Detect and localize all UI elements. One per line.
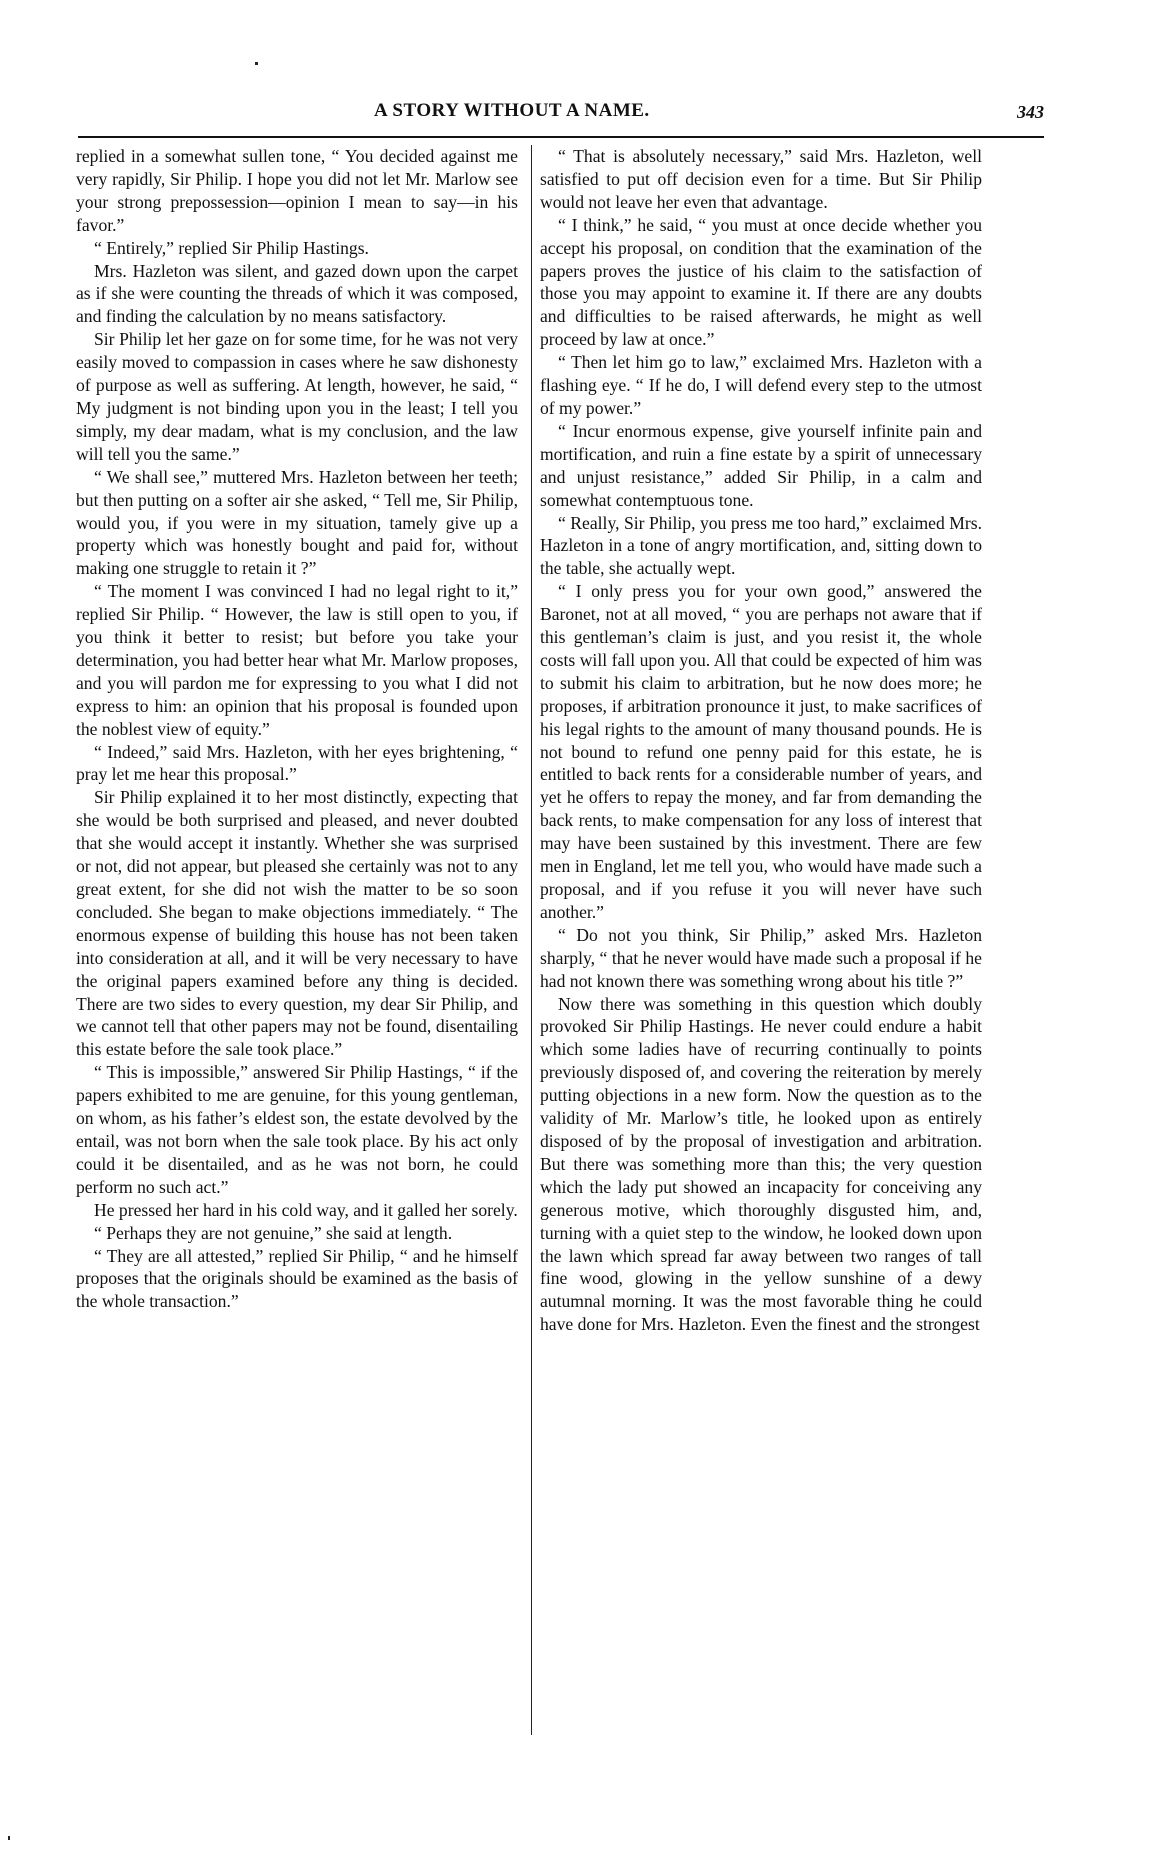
paragraph: “ They are all attested,” replied Sir Ph… [76,1245,518,1314]
paragraph: “ Do not you think, Sir Philip,” asked M… [540,924,982,993]
paragraph: “ Then let him go to law,” exclaimed Mrs… [540,351,982,420]
print-speck [8,1836,10,1840]
paragraph: “ I think,” he said, “ you must at once … [540,214,982,351]
print-speck [255,62,258,65]
page-header: A STORY WITHOUT A NAME. 343 [78,100,1044,130]
paragraph: “ The moment I was convinced I had no le… [76,580,518,740]
paragraph: “ Incur enormous expense, give yourself … [540,420,982,512]
paragraph: He pressed her hard in his cold way, and… [76,1199,518,1222]
paragraph: “ Really, Sir Philip, you press me too h… [540,512,982,581]
paragraph: Sir Philip let her gaze on for some time… [76,328,518,465]
paragraph: “ This is impossible,” answered Sir Phil… [76,1061,518,1198]
paragraph: Mrs. Hazleton was silent, and gazed down… [76,260,518,329]
paragraph: “ Indeed,” said Mrs. Hazleton, with her … [76,741,518,787]
right-column: “ That is absolutely necessary,” said Mr… [540,145,982,1336]
left-column: replied in a somewhat sullen tone, “ You… [76,145,518,1313]
paragraph: Now there was something in this question… [540,993,982,1337]
paragraph: “ Perhaps they are not genuine,” she sai… [76,1222,518,1245]
header-rule [78,136,1044,138]
page-number: 343 [1017,102,1044,123]
paragraph: replied in a somewhat sullen tone, “ You… [76,145,518,237]
running-title: A STORY WITHOUT A NAME. [374,100,650,122]
paragraph: “ That is absolutely necessary,” said Mr… [540,145,982,214]
column-divider [531,145,532,1735]
paragraph: Sir Philip explained it to her most dist… [76,786,518,1061]
paragraph: “ We shall see,” muttered Mrs. Hazleton … [76,466,518,581]
paragraph: “ I only press you for your own good,” a… [540,580,982,924]
paragraph: “ Entirely,” replied Sir Philip Hastings… [76,237,518,260]
